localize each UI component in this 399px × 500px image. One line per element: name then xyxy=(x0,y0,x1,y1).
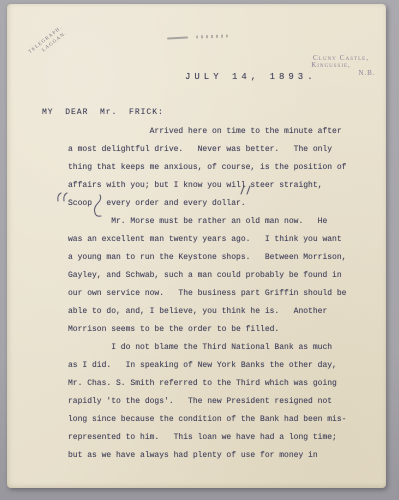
handwritten-open-quote-mark xyxy=(56,190,69,208)
photo-background: TELEGRAPH. LAGGAN. Cluny Castle, Kinguss… xyxy=(0,0,399,500)
typed-line: Mr. Chas. S. Smith referred to the Third… xyxy=(68,375,368,393)
handwritten-insertion-mark xyxy=(92,193,104,224)
typed-line: Mr. Morse must be rather an old man now.… xyxy=(68,213,368,231)
date-line: JULY 14, 1893. xyxy=(185,72,317,82)
letter-body: Arrived here on time to the minute after… xyxy=(68,123,368,465)
typed-line: was an excellent man twenty years ago. I… xyxy=(68,231,368,249)
typed-line: I do not blame the Third National Bank a… xyxy=(68,339,368,357)
typed-line: long since because the condition of the … xyxy=(68,411,368,429)
typed-line: a most delightful drive. Never was bette… xyxy=(68,141,368,159)
typed-line: Morrison seems to be the order to be fil… xyxy=(68,321,368,339)
typed-line: Scoop every order and every dollar. xyxy=(68,195,368,213)
typed-line: our own service now. The business part G… xyxy=(68,285,368,303)
typed-line: as I did. In speaking of New York Banks … xyxy=(68,357,368,375)
handwritten-close-quote-mark xyxy=(238,183,252,201)
typed-line: Arrived here on time to the minute after xyxy=(68,123,368,141)
pencil-smudge-dots xyxy=(196,34,228,38)
letter-page: TELEGRAPH. LAGGAN. Cluny Castle, Kinguss… xyxy=(7,4,386,488)
salutation: MY DEAR Mr. FRICK: xyxy=(42,108,164,117)
pencil-smudge-dash xyxy=(167,36,188,39)
stamp-line-telegraph: TELEGRAPH. xyxy=(19,18,72,62)
typed-line: a young man to run the Keystone shops. B… xyxy=(68,249,368,267)
typed-line: rapidly 'to the dogs'. The new President… xyxy=(68,393,368,411)
typed-line: thing that keeps me anxious, of course, … xyxy=(68,159,368,177)
letterhead-region: N.B. xyxy=(347,69,387,77)
typed-line: able to do, and, I believe, you think he… xyxy=(68,303,368,321)
letterhead-town: Kingussie, xyxy=(291,61,371,69)
typed-line: represented to him. This loan we have ha… xyxy=(68,429,368,447)
typed-line: but as we have always had plenty of use … xyxy=(68,447,368,465)
typed-line: affairs with you; but I know you will st… xyxy=(68,177,368,195)
typed-line: Gayley, and Schwab, such a man could pro… xyxy=(68,267,368,285)
telegraph-laggan-stamp: TELEGRAPH. LAGGAN. xyxy=(19,18,76,67)
